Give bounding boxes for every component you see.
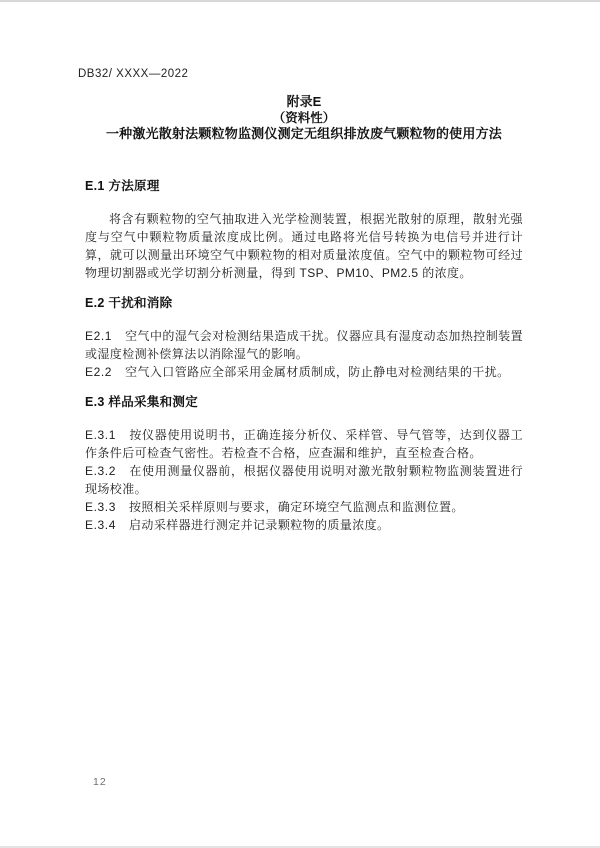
clause-text-e2-2: 空气入口管路应全部采用金属材质制成，防止静电对检测结果的干扰。 [125, 365, 509, 379]
clause-text-e3-2: 在使用测量仪器前，根据仪器使用说明对激光散射颗粒物监测装置进行现场校准。 [85, 464, 523, 496]
section-sampling: E.3 样品采集和测定 E.3.1按仪器使用说明书，正确连接分析仪、采样管、导气… [85, 392, 523, 534]
clause-text-e3-3: 按照相关采样原则与要求，确定环境空气监测点和监测位置。 [129, 500, 464, 514]
appendix-label: 附录E [85, 94, 523, 110]
page-number: 12 [93, 776, 107, 788]
clause-e2-1: E2.1空气中的湿气会对检测结果造成干扰。仪器应具有湿度动态加热控制装置或湿度检… [85, 327, 523, 363]
appendix-title: 一种激光散射法颗粒物监测仪测定无组织排放废气颗粒物的使用方法 [85, 126, 523, 142]
section-heading-e3: E.3 样品采集和测定 [85, 392, 523, 410]
section-method-principle: E.1 方法原理 将含有颗粒物的空气抽取进入光学检测装置，根据光散射的原理，散射… [85, 176, 523, 282]
clause-text-e2-1: 空气中的湿气会对检测结果造成干扰。仪器应具有湿度动态加热控制装置或湿度检测补偿算… [85, 329, 523, 361]
section-heading-e2: E.2 干扰和消除 [85, 293, 523, 311]
clause-e3-4: E.3.4启动采样器进行测定并记录颗粒物的质量浓度。 [85, 516, 523, 534]
clause-label-e3-2: E.3.2 [85, 462, 116, 480]
clause-text-e3-1: 按仪器使用说明书，正确连接分析仪、采样管、导气管等，达到仪器工作条件后可检查气密… [85, 428, 523, 460]
section-heading-e1: E.1 方法原理 [85, 176, 523, 194]
clause-label-e3-4: E.3.4 [85, 516, 116, 534]
clause-e3-2: E.3.2在使用测量仪器前，根据仪器使用说明对激光散射颗粒物监测装置进行现场校准… [85, 462, 523, 498]
clause-e2-2: E2.2空气入口管路应全部采用金属材质制成，防止静电对检测结果的干扰。 [85, 363, 523, 381]
clause-label-e2-2: E2.2 [85, 363, 112, 381]
appendix-type-label: （资料性） [85, 110, 523, 126]
clause-label-e2-1: E2.1 [85, 327, 112, 345]
document-code: DB32/ XXXX—2022 [78, 68, 188, 80]
scan-edge-top [0, 0, 600, 2]
clause-label-e3-1: E.3.1 [85, 426, 116, 444]
clause-text-e3-4: 启动采样器进行测定并记录颗粒物的质量浓度。 [129, 518, 389, 532]
title-block: 附录E （资料性） 一种激光散射法颗粒物监测仪测定无组织排放废气颗粒物的使用方法 [85, 94, 523, 142]
document-page: DB32/ XXXX—2022 附录E （资料性） 一种激光散射法颗粒物监测仪测… [85, 68, 523, 534]
clause-e3-1: E.3.1按仪器使用说明书，正确连接分析仪、采样管、导气管等，达到仪器工作条件后… [85, 426, 523, 462]
clause-label-e3-3: E.3.3 [85, 498, 116, 516]
clause-e3-3: E.3.3按照相关采样原则与要求，确定环境空气监测点和监测位置。 [85, 498, 523, 516]
paragraph-e1-body: 将含有颗粒物的空气抽取进入光学检测装置，根据光散射的原理，散射光强度与空气中颗粒… [85, 210, 523, 282]
section-interference: E.2 干扰和消除 E2.1空气中的湿气会对检测结果造成干扰。仪器应具有湿度动态… [85, 293, 523, 381]
